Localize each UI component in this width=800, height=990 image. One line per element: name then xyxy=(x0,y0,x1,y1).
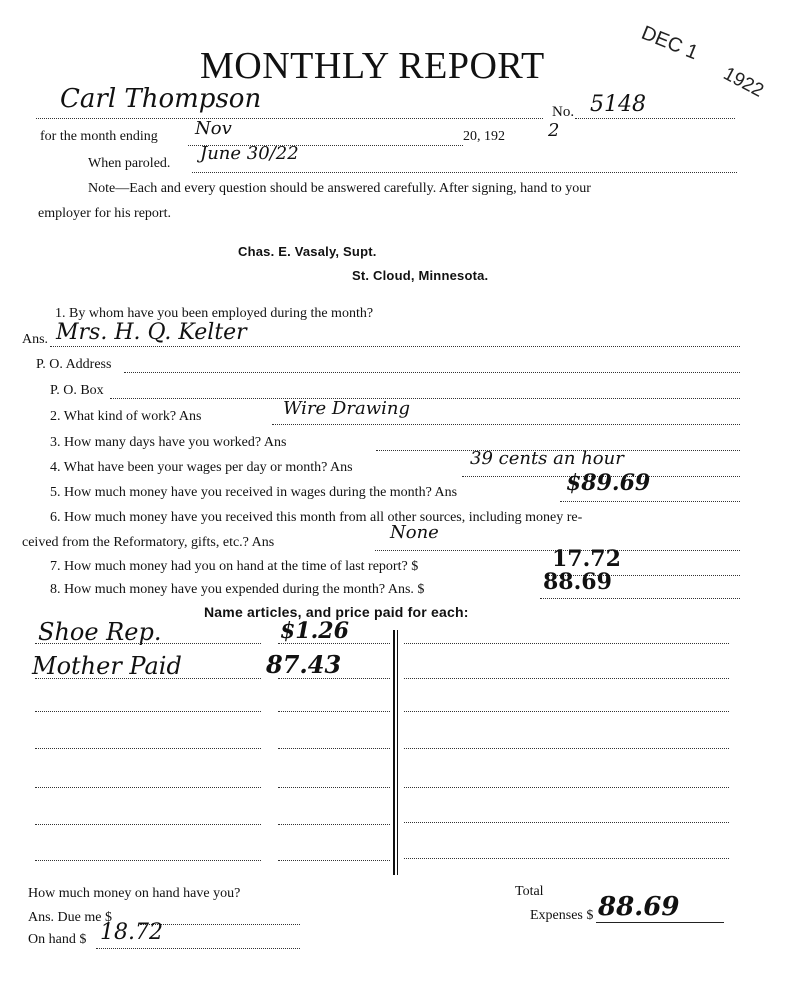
question-8: 8. How much money have you expended duri… xyxy=(50,582,424,598)
po-box-line xyxy=(110,398,740,399)
on-hand-label: On hand $ xyxy=(28,932,86,948)
q2-line xyxy=(272,424,740,425)
article-price-line xyxy=(278,678,390,679)
article-row-line xyxy=(35,678,261,679)
article-right-line xyxy=(404,822,729,823)
parolee-name: Carl Thompson xyxy=(60,84,261,114)
q1-ans-label: Ans. xyxy=(22,332,48,348)
q1-line xyxy=(50,346,740,347)
expenses-underline xyxy=(596,922,724,923)
article-row-line xyxy=(35,711,261,712)
articles-divider-2 xyxy=(397,630,398,875)
q2-answer: Wire Drawing xyxy=(283,398,410,419)
po-box-label: P. O. Box xyxy=(50,383,104,399)
due-me-line xyxy=(140,924,300,925)
articles-divider xyxy=(393,630,395,875)
article-1-name: Shoe Rep. xyxy=(38,618,161,646)
article-price-line xyxy=(278,711,390,712)
superintendent-name: Chas. E. Vasaly, Supt. xyxy=(238,244,377,259)
article-price-line xyxy=(278,824,390,825)
article-price-line xyxy=(278,787,390,788)
total-expenses-value: 88.69 xyxy=(598,892,679,922)
article-right-line xyxy=(404,678,729,679)
question-2: 2. What kind of work? Ans xyxy=(50,409,201,425)
question-6: 6. How much money have you received this… xyxy=(50,510,582,526)
article-row-line xyxy=(35,787,261,788)
article-1-price: $1.26 xyxy=(280,618,349,644)
report-number: 5148 xyxy=(590,92,646,117)
expenses-label: Expenses $ xyxy=(530,908,593,924)
month-ending-label: for the month ending xyxy=(40,129,158,145)
date-stamp-year: 1922 xyxy=(719,63,767,102)
article-right-line xyxy=(404,858,729,859)
number-line xyxy=(575,118,735,119)
article-row-line xyxy=(35,860,261,861)
article-row-line xyxy=(35,748,261,749)
q8-line xyxy=(540,598,740,599)
year-value: 2 xyxy=(548,120,559,141)
q6-answer: None xyxy=(390,522,439,543)
on-hand-value: 18.72 xyxy=(100,920,163,945)
article-price-line xyxy=(278,860,390,861)
name-line xyxy=(36,118,543,119)
q1-answer: Mrs. H. Q. Kelter xyxy=(56,320,247,345)
question-3: 3. How many days have you worked? Ans xyxy=(50,435,286,451)
po-address-label: P. O. Address xyxy=(36,357,111,373)
question-5: 5. How much money have you received in w… xyxy=(50,485,457,501)
q5-answer: $89.69 xyxy=(566,470,650,496)
article-2-price: 87.43 xyxy=(266,650,341,679)
date-stamp: DEC 1 xyxy=(638,22,701,65)
question-7: 7. How much money had you on hand at the… xyxy=(50,559,418,575)
note-line-2: employer for his report. xyxy=(38,206,171,222)
article-price-line xyxy=(278,748,390,749)
note-line-1: Note—Each and every question should be a… xyxy=(88,181,591,197)
q4-answer: 39 cents an hour xyxy=(470,448,624,469)
article-price-line xyxy=(278,643,390,644)
po-address-line xyxy=(124,372,740,373)
article-right-line xyxy=(404,787,729,788)
number-label: No. xyxy=(552,104,574,121)
article-right-line xyxy=(404,643,729,644)
q8-answer: 88.69 xyxy=(543,569,612,595)
total-label: Total xyxy=(515,884,544,900)
article-2-name: Mother Paid xyxy=(32,652,182,680)
year-prefix: 20, 192 xyxy=(463,129,505,145)
question-4: 4. What have been your wages per day or … xyxy=(50,460,353,476)
document-title: MONTHLY REPORT xyxy=(200,44,545,88)
money-on-hand-question: How much money on hand have you? xyxy=(28,886,240,902)
q5-line xyxy=(560,501,740,502)
on-hand-line xyxy=(96,948,300,949)
month-ending-value: Nov xyxy=(195,118,232,139)
article-row-line xyxy=(35,824,261,825)
article-row-line xyxy=(35,643,261,644)
question-6-cont: ceived from the Reformatory, gifts, etc.… xyxy=(22,535,274,551)
paroled-label: When paroled. xyxy=(88,156,170,172)
institution-location: St. Cloud, Minnesota. xyxy=(352,268,488,283)
paroled-line xyxy=(192,172,737,173)
paroled-value: June 30/22 xyxy=(200,143,299,164)
article-right-line xyxy=(404,711,729,712)
article-right-line xyxy=(404,748,729,749)
